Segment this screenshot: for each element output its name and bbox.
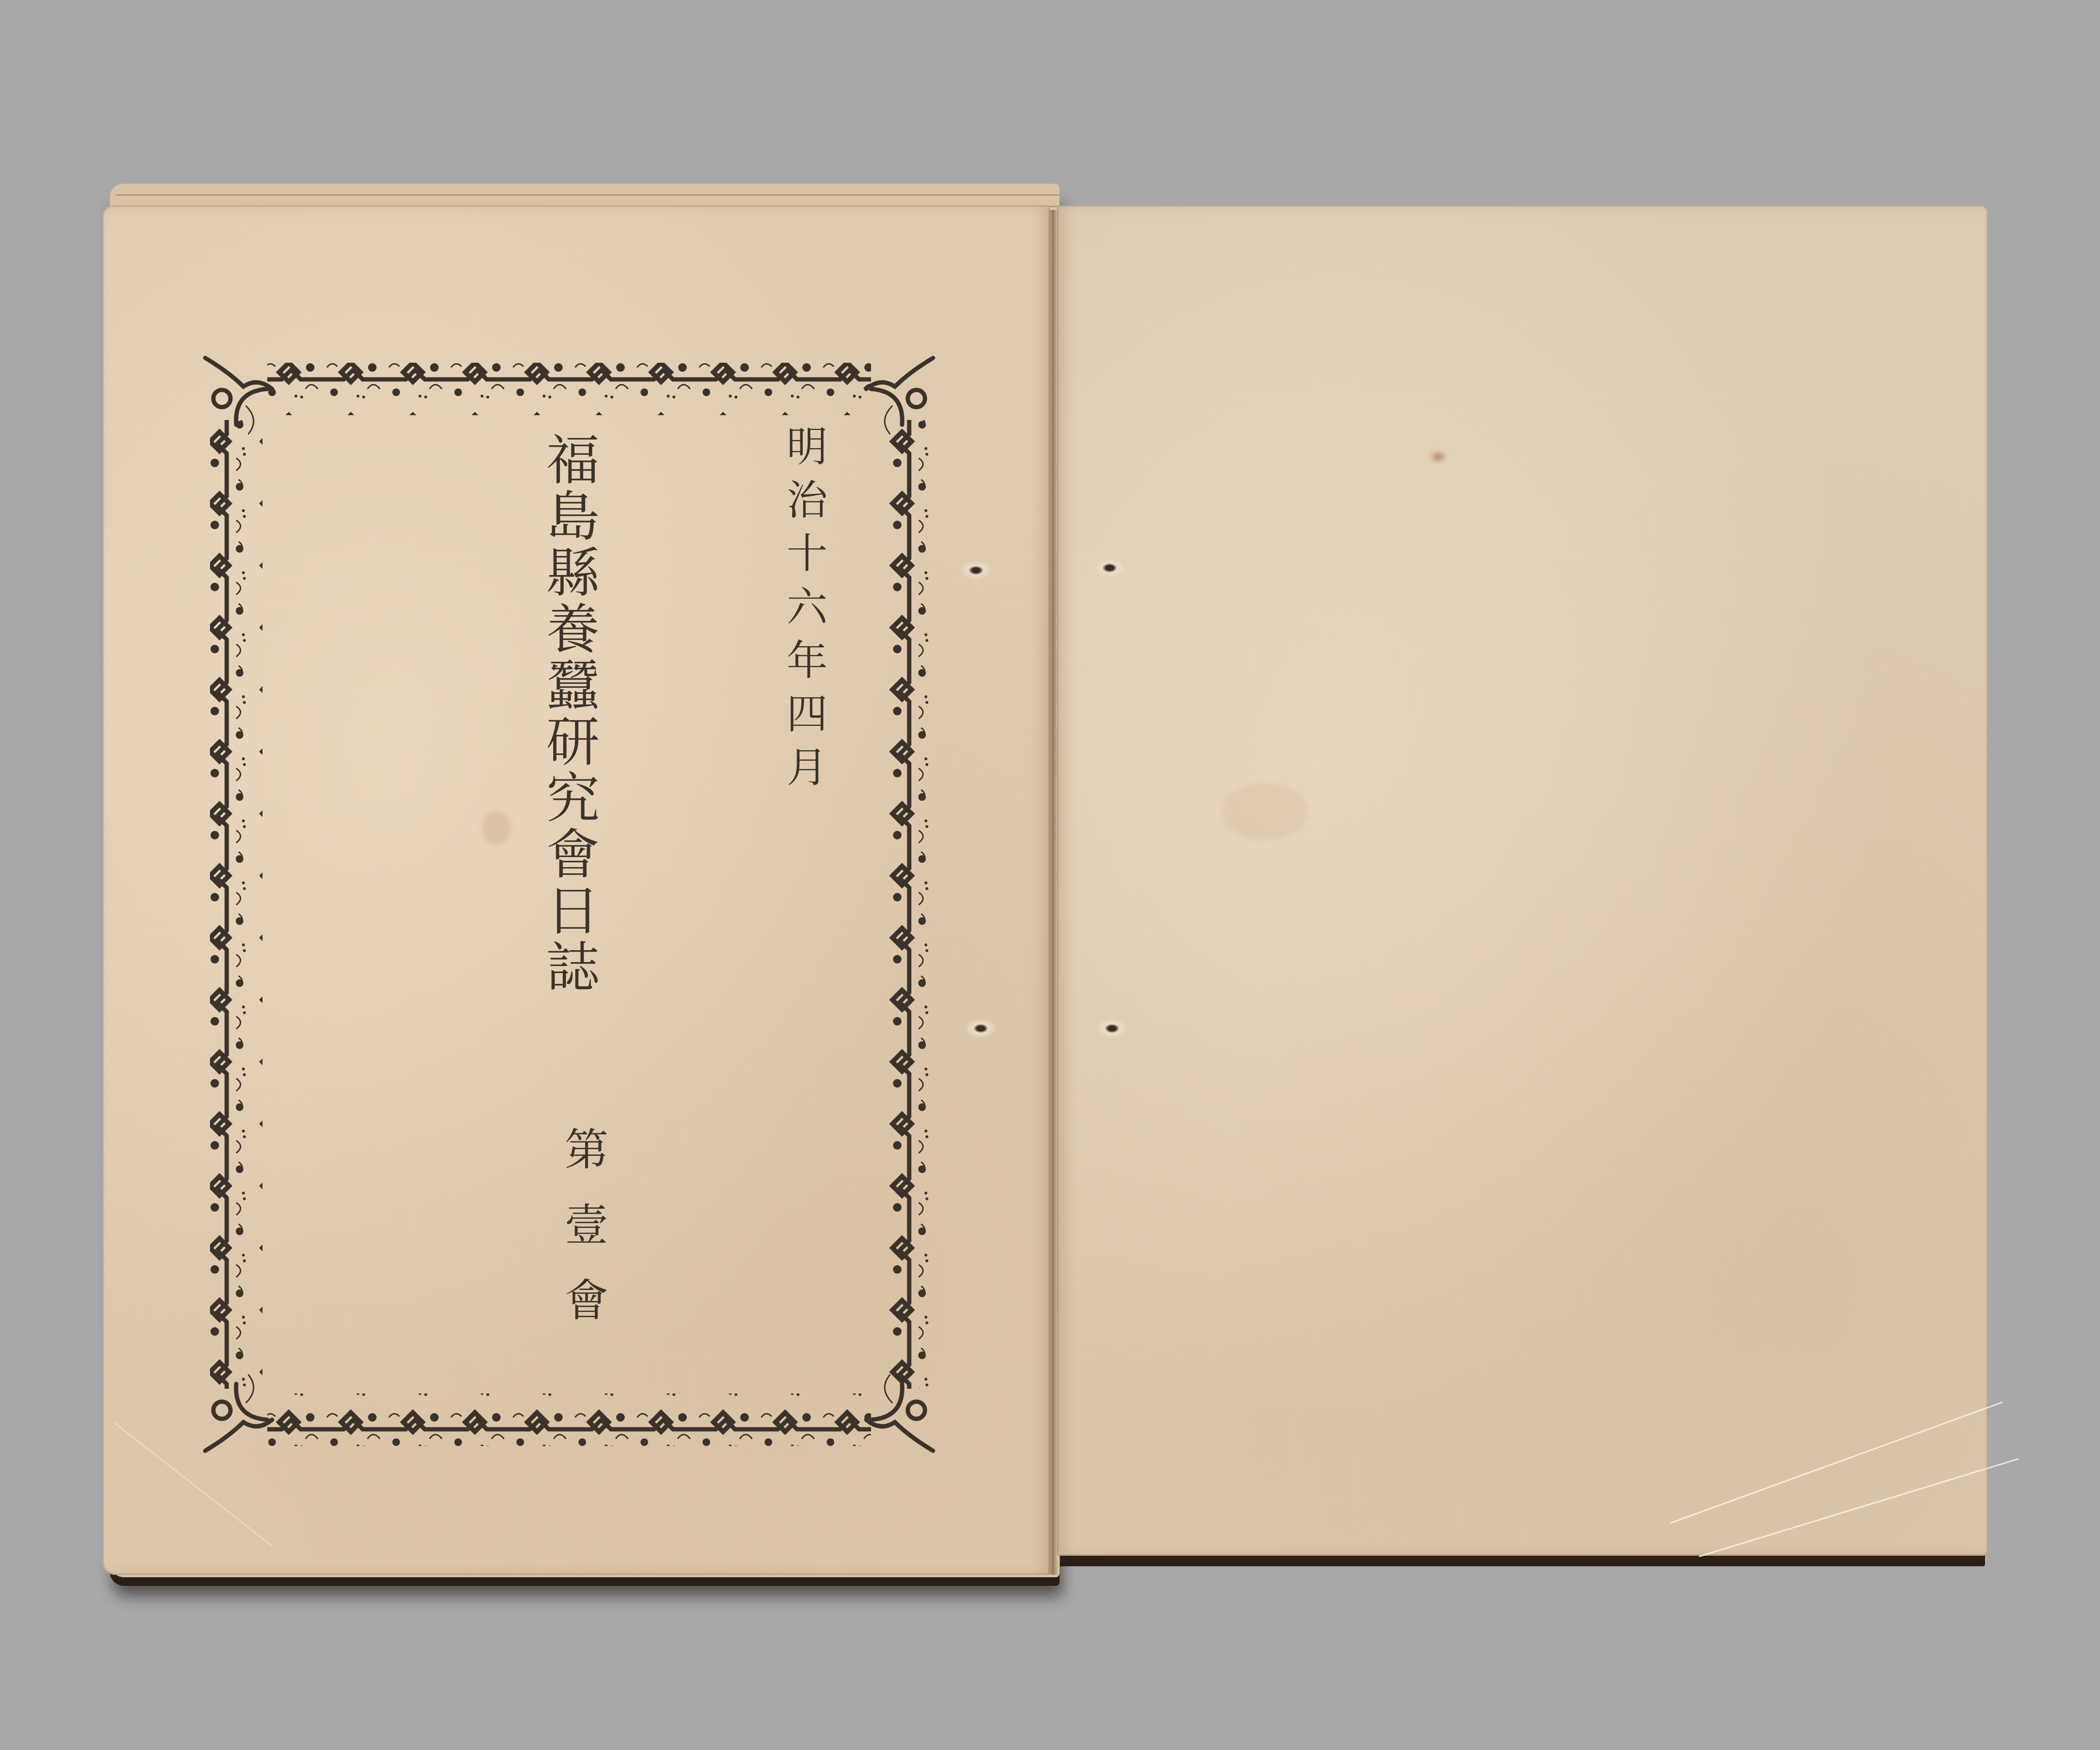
book-gutter	[1048, 210, 1058, 1575]
binding-hole	[961, 561, 991, 580]
document-title: 福島縣養蠶研究會日誌	[542, 432, 595, 995]
publication-date: 明治十六年四月	[783, 425, 824, 799]
binding-hole	[1094, 558, 1125, 577]
binding-hole	[966, 1019, 996, 1038]
scan-background: 福島縣養蠶研究會日誌 明治十六年四月 第壹會	[0, 0, 2100, 1750]
paper-stain	[1432, 453, 1444, 460]
binding-hole	[1097, 1019, 1127, 1038]
paper-stain	[1222, 783, 1308, 840]
issue-number: 第壹會	[561, 1126, 605, 1352]
right-page	[1057, 205, 1988, 1556]
